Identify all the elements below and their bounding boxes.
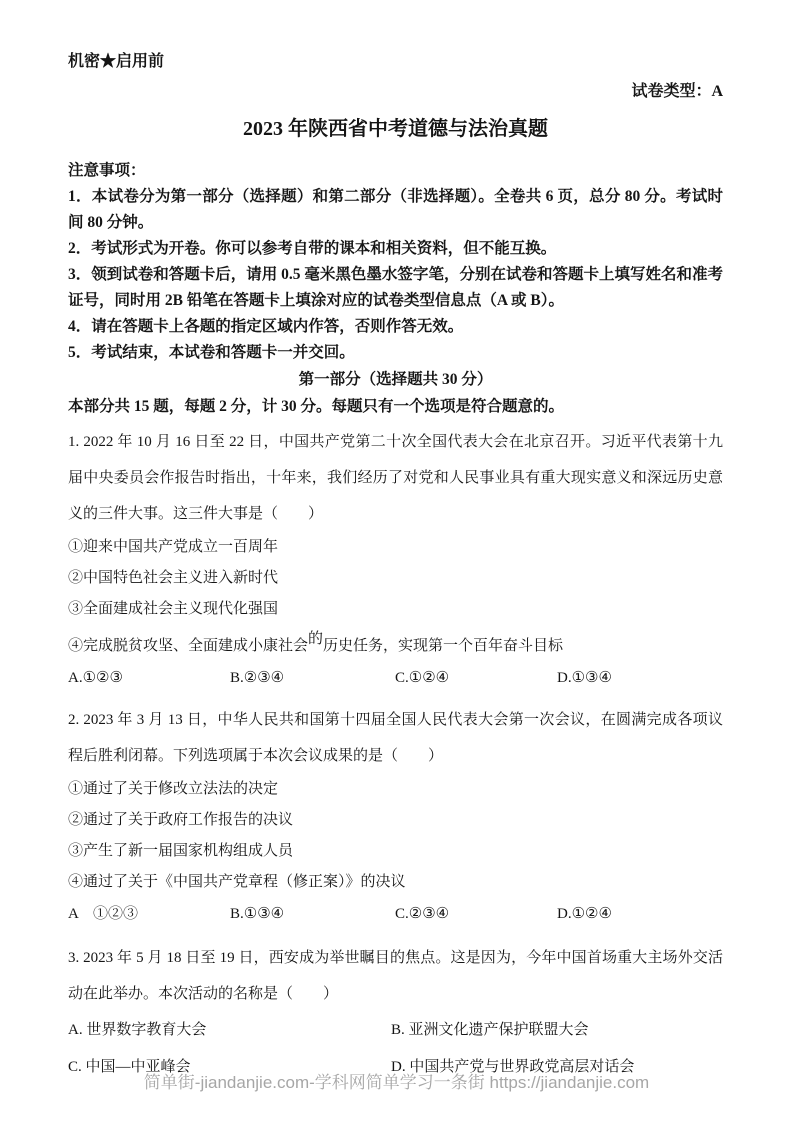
item-4-prefix: ④完成脱贫攻坚、全面建成小康社会	[68, 638, 308, 654]
question-2-options: A ①②③ B.①③④ C.②③④ D.①②④	[68, 898, 723, 930]
page-content: 机密★启用前 试卷类型：A 2023 年陕西省中考道德与法治真题 注意事项： 1…	[0, 0, 793, 1086]
confidential-label: 机密★启用前	[68, 52, 723, 72]
section-intro: 本部分共 15 题，每题 2 分，计 30 分。每题只有一个选项是符合题意的。	[68, 393, 723, 420]
question-2-choice-item-2: ②通过了关于政府工作报告的决议	[68, 805, 723, 836]
question-3-stem: 3. 2023 年 5 月 18 日至 19 日，西安成为举世瞩目的焦点。这是因…	[68, 940, 723, 1012]
question-1-choice-item-1: ①迎来中国共产党成立一百周年	[68, 532, 723, 563]
footer-watermark: 简单街-jiandanjie.com-学科网简单学习一条街 https://ji…	[0, 1072, 793, 1094]
question-3: 3. 2023 年 5 月 18 日至 19 日，西安成为举世瞩目的焦点。这是因…	[68, 940, 723, 1086]
exam-paper-page: 机密★启用前 试卷类型：A 2023 年陕西省中考道德与法治真题 注意事项： 1…	[0, 0, 793, 1122]
page-title: 2023 年陕西省中考道德与法治真题	[68, 116, 723, 142]
question-1: 1. 2022 年 10 月 16 日至 22 日，中国共产党第二十次全国代表大…	[68, 424, 723, 694]
section-title: 第一部分（选择题共 30 分）	[68, 366, 723, 393]
question-1-option-b: B.②③④	[230, 662, 395, 694]
question-2-stem: 2. 2023 年 3 月 13 日，中华人民共和国第十四届全国人民代表大会第一…	[68, 702, 723, 774]
question-2: 2. 2023 年 3 月 13 日，中华人民共和国第十四届全国人民代表大会第一…	[68, 702, 723, 930]
question-1-stem: 1. 2022 年 10 月 16 日至 22 日，中国共产党第二十次全国代表大…	[68, 424, 723, 532]
question-3-option-b: B. 亚洲文化遗产保护联盟大会	[391, 1012, 723, 1049]
notice-item-4: 4．请在答题卡上各题的指定区域内作答，否则作答无效。	[68, 314, 723, 340]
notice-item-3: 3．领到试卷和答题卡后，请用 0.5 毫米黑色墨水签字笔，分别在试卷和答题卡上填…	[68, 262, 723, 314]
question-2-choice-item-3: ③产生了新一届国家机构组成人员	[68, 836, 723, 867]
question-1-option-a: A.①②③	[68, 662, 230, 694]
question-2-option-c: C.②③④	[395, 898, 557, 930]
item-4-superscript: 的	[308, 631, 323, 647]
notice-item-2: 2．考试形式为开卷。你可以参考自带的课本和相关资料，但不能互换。	[68, 236, 723, 262]
notice-item-1: 1．本试卷分为第一部分（选择题）和第二部分（非选择题）。全卷共 6 页，总分 8…	[68, 184, 723, 236]
question-3-option-a: A. 世界数字教育大会	[68, 1012, 391, 1049]
notice-heading: 注意事项：	[68, 158, 723, 184]
notice-section: 注意事项： 1．本试卷分为第一部分（选择题）和第二部分（非选择题）。全卷共 6 …	[68, 158, 723, 366]
item-4-suffix: 历史任务，实现第一个百年奋斗目标	[323, 638, 563, 654]
question-1-option-d: D.①③④	[557, 662, 723, 694]
notice-item-5: 5．考试结束，本试卷和答题卡一并交回。	[68, 340, 723, 366]
question-2-option-b: B.①③④	[230, 898, 395, 930]
question-2-option-d: D.①②④	[557, 898, 723, 930]
question-1-choice-item-3: ③全面建成社会主义现代化强国	[68, 594, 723, 625]
question-1-choice-item-2: ②中国特色社会主义进入新时代	[68, 563, 723, 594]
question-2-choice-item-4: ④通过了关于《中国共产党章程（修正案）》的决议	[68, 867, 723, 898]
paper-type-label: 试卷类型：A	[68, 82, 723, 102]
question-1-choice-item-4: ④完成脱贫攻坚、全面建成小康社会的历史任务，实现第一个百年奋斗目标	[68, 631, 723, 662]
question-1-option-c: C.①②④	[395, 662, 557, 694]
question-2-option-a: A ①②③	[68, 898, 230, 930]
question-2-choice-item-1: ①通过了关于修改立法法的决定	[68, 774, 723, 805]
question-1-options: A.①②③ B.②③④ C.①②④ D.①③④	[68, 662, 723, 694]
